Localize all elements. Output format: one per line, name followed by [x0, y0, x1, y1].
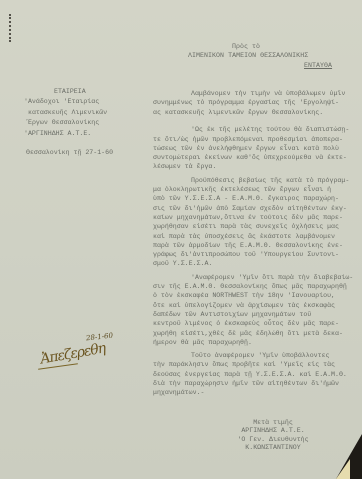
text-row: δεούσας ἐνεργείας παρὰ τῇ Υ.Σ.Ε.Σ.Α. καὶ… — [153, 370, 362, 379]
text-row: σις τῶν δι'ἡμῶν ἀπὸ Σαμίαν σχεδὸν αἰτηθέ… — [153, 204, 362, 213]
text-row: τὴν παράκλησιν ὅπως προβῆτε καὶ 'Υμεῖς ε… — [153, 360, 362, 369]
text-row: σιν τῆς Ε.Α.Μ.Θ. Θεσσαλονίκης ὅπως μᾶς π… — [153, 282, 362, 291]
page-corner-curl — [336, 459, 350, 479]
text-row: δαπέδων τῶν Αντιστοιχίων μηχανημάτων τοῦ — [153, 310, 362, 319]
text-row: μηχανημάτων.- — [153, 388, 362, 397]
text-row: συντομώτεραι ἐκείνων καθ'ὅς ὑπεχρεούμεθα… — [153, 153, 362, 162]
text-row: ὅτε καὶ ὑπελογίζομεν νὰ ἀρχίσωμεν τὰς ἐκ… — [153, 301, 362, 310]
text-row: σμοῦ Υ.Σ.Ε.Σ.Α. — [153, 259, 362, 268]
text-row: καίων μηχανημάτων,ὅτινα ἐν τούτοις δὲν μ… — [153, 213, 362, 222]
text-row: καὶ παρὰ τὰς ὑποσχέσεις ἃς ἑκάστοτε λαμβ… — [153, 232, 362, 241]
recipient-to: Πρὸς τὸ — [232, 43, 260, 51]
text-row: χωρήθη εἰσέτι,χθὲς δὲ μᾶς ἐδηλώθη ὅτι με… — [153, 329, 362, 338]
closing-role: 'Ο Γεν. Διευθυντὴς — [228, 436, 318, 444]
text-row: 'Αναφέρομεν 'Υμῖν ὅτι παρὰ τὴν διαβεβαίω… — [153, 273, 362, 282]
text-row: παρὰ τῶν ἁρμοδίων τῆς Ε.Α.Μ.Θ. Θεσσαλονί… — [153, 241, 362, 250]
text-row: Λαμβάνομεν τὴν τιμὴν νὰ ὑποβάλωμεν ὑμῖν — [153, 89, 362, 98]
text-row: Προϋπόθεσις βεβαίως τῆς κατὰ τὸ πρόγραμ- — [153, 176, 362, 185]
letter-date: Θεσσαλονίκη τῇ 27-1-60 — [26, 149, 113, 156]
text-row: ας κατασκευῆς λιμενικῶν ἔργων Θεσσαλονίκ… — [153, 108, 362, 117]
closing-block: Μετὰ τιμῆς ΑΡΓΙΝΗΔΗΣ Α.Τ.Ε. 'Ο Γεν. Διευ… — [228, 419, 318, 453]
recipient-city: ΕΝΤΑΥΘΑ — [304, 62, 332, 70]
closing-company: ΑΡΓΙΝΗΔΗΣ Α.Τ.Ε. — [228, 427, 318, 435]
text-row: χωρήθησαν εἰσέτι παρὰ τὰς συνεχεῖς ὀχλήσ… — [153, 222, 362, 231]
text-row: γράφως δι'ἀντιπροσώπου τοῦ 'Υπουργείου Σ… — [153, 250, 362, 259]
text-row: συνημμένως τὸ πρόγραμμα ἐργασίας τῆς 'Ερ… — [153, 98, 362, 107]
recipient-name: ΛΙΜΕΝΙΚΟΝ ΤΑΜΕΙΟΝ ΘΕΣΣΑΛΟΝΙΚΗΣ — [188, 52, 308, 60]
closing-salutation: Μετὰ τιμῆς — [228, 419, 318, 427]
document-page: Πρὸς τὸ ΛΙΜΕΝΙΚΟΝ ΤΑΜΕΙΟΝ ΘΕΣΣΑΛΟΝΙΚΗΣ Ε… — [0, 0, 362, 479]
text-row: τε ὅτι/ὡς ἡμῶν προβλεπόμεναι προθεσμίαι … — [153, 135, 362, 144]
sender-block: ΕΤΑΙΡΕΙΑ 'Ανάδοχοι 'Εταιρίας κατασκευῆς … — [24, 87, 107, 139]
text-row: ὑπὸ τῶν Υ.Σ.Ε.Σ.Α - Ε.Α.Μ.Θ. ἔγκαιρος πα… — [153, 194, 362, 203]
sender-line: 'Ανάδοχοι 'Εταιρίας — [24, 97, 107, 107]
text-row: Τοῦτο ἀναφέρομεν 'Υμῖν ὑποβάλλοντες — [153, 351, 362, 360]
text-row: ὁ τὸν ἐκσκαφέα NORTHWEST τὴν 18ην 'Ιανου… — [153, 291, 362, 300]
text-row: 'Ως ἐκ τῆς μελέτης τούτου θὰ διαπιστώσῃ- — [153, 125, 362, 134]
closing-name: Κ.ΚΩΝΣΤΑΝΤΙΝΟΥ — [228, 444, 318, 452]
text-row: διὰ τὴν παραχώρησιν ἡμῖν τῶν αἰτηθέντων … — [153, 379, 362, 388]
text-row: τώσεως τῶν ἐν ἀνελήφθημεν ἔργων εἶναι κα… — [153, 144, 362, 153]
text-row: λέσωμεν τὰ ἔργα. — [153, 162, 362, 171]
text-row: ήμερον θὰ μᾶς παραχωρηθῇ. — [153, 338, 362, 347]
sender-line: 'ΑΡΓΙΝΗΔΗΣ Α.Τ.Ε. — [24, 129, 107, 139]
punch-hole-marks — [9, 14, 15, 42]
text-row: μα ὁλοκληρωτικῆς ἐκτελέσεως τῶν ἔργων εἶ… — [153, 185, 362, 194]
sender-line: κατασκευῆς Λιμενικῶν — [24, 108, 107, 118]
text-row: κεντροῦ λιμένος ὁ ἐκσκαφεὺς οὗτος δὲν μᾶ… — [153, 319, 362, 328]
sender-line: Ἔργων Θεσσαλονίκης — [24, 118, 107, 128]
sender-title: ΕΤΑΙΡΕΙΑ — [24, 87, 107, 97]
letter-body: Λαμβάνομεν τὴν τιμὴν νὰ ὑποβάλωμεν ὑμῖν … — [153, 85, 362, 398]
